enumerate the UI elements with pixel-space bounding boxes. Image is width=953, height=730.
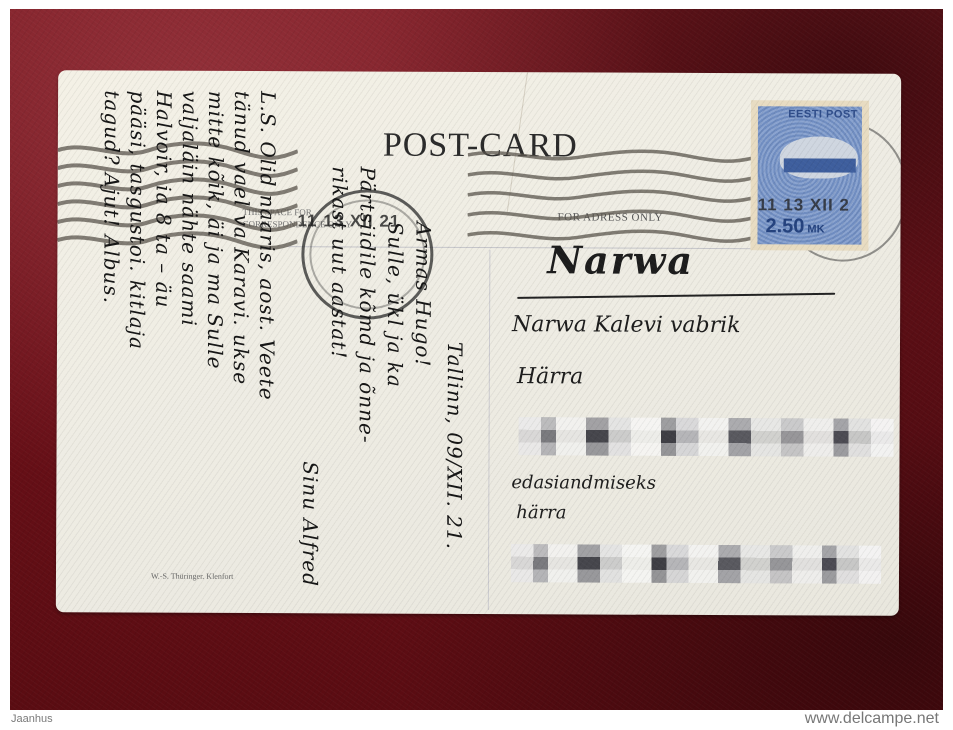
leather-background: POST-CARD FOR ADRESS ONLY THIS SPACE FOR… (10, 9, 943, 710)
site-watermark: www.delcampe.net (805, 710, 939, 728)
address-city: Narwa (547, 237, 694, 283)
address-line-4: härra (516, 502, 566, 523)
printer-mark: W.-S. Thüringer. Klenfort (151, 571, 233, 582)
message-line: Halvoir, ia 8 ta – äu (151, 91, 176, 309)
postage-stamp: EESTI POST 2.50MK (750, 100, 869, 251)
seller-name: Jaanhus (11, 713, 53, 725)
stamp-value-unit: MK (807, 223, 824, 235)
stamp-country: EESTI POST (788, 108, 858, 120)
address-line-3: edasiandmiseks (511, 472, 656, 494)
message-line: Sulle, ükl ja ka (383, 222, 408, 388)
message-line: pääsi, tasgustoi. kitlaja (125, 90, 150, 349)
message-line: valjaläin nähte saami (177, 91, 202, 327)
address-line-1: Narwa Kalevi vabrik (512, 312, 741, 338)
message-line: Pärtsiidile kõmd ja õnne- (355, 166, 380, 443)
message-line: tänud vael va Karavi. ukse (229, 91, 254, 385)
address-line-2: Härra (517, 364, 584, 389)
redacted-name-2 (511, 544, 881, 584)
city-underline (517, 293, 835, 299)
stamp-value: 2.50MK (765, 215, 824, 238)
stamp-postmark-date: 11 13 XII 2 (758, 195, 850, 215)
message-line: L.S. Olid naaris, aost. Veete (255, 91, 280, 401)
center-divider-line (488, 250, 491, 610)
message-line: rikast uut aastat! (327, 166, 352, 359)
message-line: mitte kõik, äi ja ma Sulle (203, 91, 228, 370)
redacted-name-1 (519, 417, 894, 457)
message-line: Armas Hugo! (411, 222, 436, 368)
message-signature: Sinu Alfred (298, 461, 323, 587)
postcard-title: POST-CARD (383, 127, 578, 166)
message-place-date: Tallinn, 09/XII. 21. (442, 342, 467, 550)
postcard-back: POST-CARD FOR ADRESS ONLY THIS SPACE FOR… (56, 70, 901, 616)
stamp-value-number: 2.50 (765, 215, 804, 237)
message-line: tagud? Ajut! Albus. (99, 90, 124, 304)
ship-icon (784, 158, 856, 172)
stamp-design: EESTI POST 2.50MK (757, 106, 862, 244)
address-label: FOR ADRESS ONLY (558, 211, 663, 223)
